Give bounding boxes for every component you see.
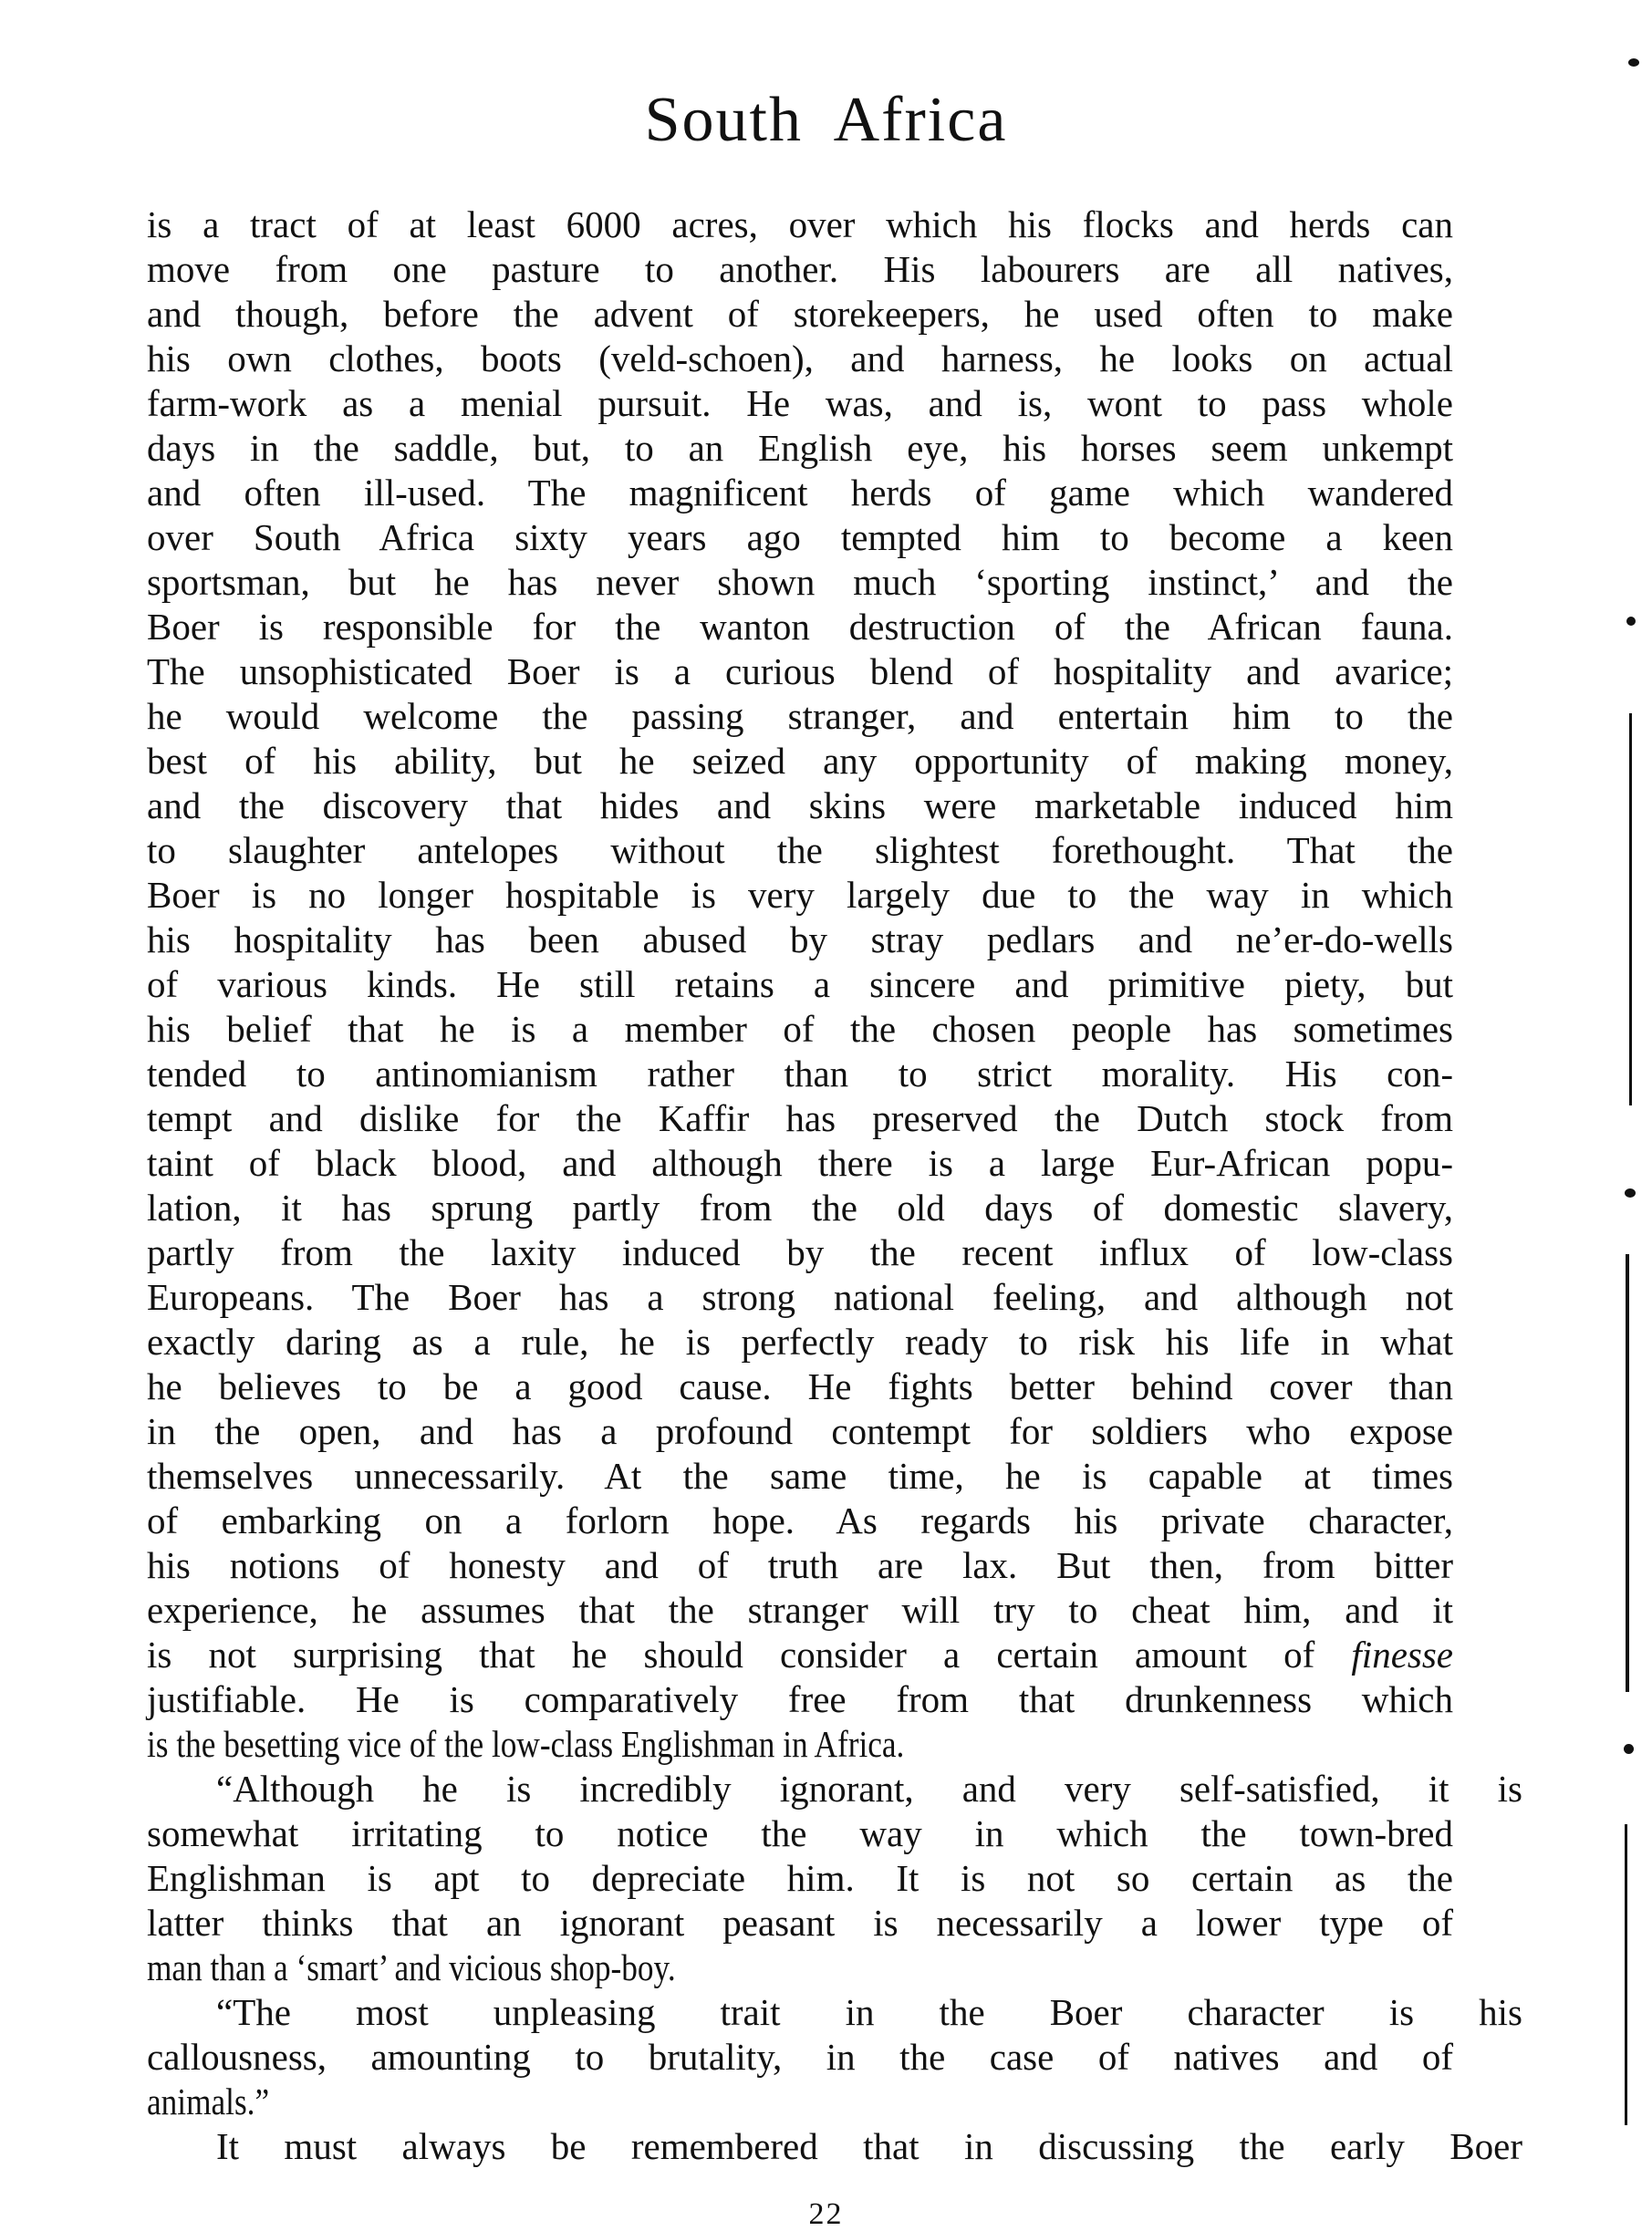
text-line-content: justifiable. He is comparatively free fr…	[147, 1678, 1453, 1720]
text-line: he believes to be a good cause. He fight…	[147, 1365, 1453, 1409]
text-line-content: his belief that he is a member of the ch…	[147, 1008, 1453, 1050]
text-line-content: is a tract of at least 6000 acres, over …	[147, 203, 1453, 245]
text-line-content: is the besetting vice of the low-class E…	[147, 1723, 904, 1765]
text-line-content: lation, it has sprung partly from the ol…	[147, 1187, 1453, 1229]
text-line: animals.”	[147, 2080, 1453, 2124]
text-line: latter thinks that an ignorant peasant i…	[147, 1901, 1453, 1946]
text-line: tended to antinomianism rather than to s…	[147, 1052, 1453, 1096]
text-line: in the open, and has a profound contempt…	[147, 1409, 1453, 1454]
text-line-content: animals.”	[147, 2081, 269, 2122]
text-line-content: his notions of honesty and of truth are …	[147, 1544, 1453, 1586]
scan-margin-line	[1629, 713, 1632, 1105]
text-line: he would welcome the passing stranger, a…	[147, 694, 1453, 739]
text-line-content: taint of black blood, and although there…	[147, 1142, 1453, 1184]
scan-speck	[1625, 1188, 1636, 1198]
text-line: and often ill-used. The magnificent herd…	[147, 471, 1453, 515]
running-head: South Africa	[0, 84, 1652, 157]
text-line: themselves unnecessarily. At the same ti…	[147, 1454, 1453, 1499]
text-line: and though, before the advent of storeke…	[147, 292, 1453, 337]
text-line: move from one pasture to another. His la…	[147, 247, 1453, 292]
text-line: sportsman, but he has never shown much ‘…	[147, 560, 1453, 605]
text-line-content: and though, before the advent of storeke…	[147, 293, 1453, 335]
text-line-content: It must always be remembered that in dis…	[216, 2125, 1522, 2167]
text-line: to slaughter antelopes without the sligh…	[147, 828, 1453, 873]
body-text: is a tract of at least 6000 acres, over …	[147, 202, 1453, 2169]
text-line-content: callousness, amounting to brutality, in …	[147, 2036, 1453, 2078]
text-line: of various kinds. He still retains a sin…	[147, 962, 1453, 1007]
text-line: Boer is no longer hospitable is very lar…	[147, 873, 1453, 918]
text-line-content: and the discovery that hides and skins w…	[147, 784, 1453, 826]
text-line: his notions of honesty and of truth are …	[147, 1543, 1453, 1588]
scan-speck	[1628, 58, 1639, 67]
scan-speck	[1626, 617, 1636, 626]
text-line: days in the saddle, but, to an English e…	[147, 426, 1453, 471]
text-line-content: tempt and dislike for the Kaffir has pre…	[147, 1097, 1453, 1139]
scan-speck	[1624, 1744, 1634, 1754]
text-line-content: Boer is responsible for the wanton destr…	[147, 606, 1453, 648]
text-line-content: days in the saddle, but, to an English e…	[147, 427, 1453, 469]
text-line: exactly daring as a rule, he is perfectl…	[147, 1320, 1453, 1365]
text-line-content: somewhat irritating to notice the way in…	[147, 1812, 1453, 1854]
text-line-content: of various kinds. He still retains a sin…	[147, 963, 1453, 1005]
text-line: justifiable. He is comparatively free fr…	[147, 1677, 1453, 1722]
text-line: best of his ability, but he seized any o…	[147, 739, 1453, 783]
text-line-content: latter thinks that an ignorant peasant i…	[147, 1902, 1453, 1944]
scan-margin-line	[1626, 1254, 1629, 1692]
text-line: Europeans. The Boer has a strong nationa…	[147, 1275, 1453, 1320]
text-line: his hospitality has been abused by stray…	[147, 918, 1453, 962]
text-line-content: and often ill-used. The magnificent herd…	[147, 472, 1453, 514]
text-line-content: man than a ‘smart’ and vicious shop-boy.	[147, 1946, 676, 1988]
text-line-content: best of his ability, but he seized any o…	[147, 740, 1453, 782]
text-line-content: over South Africa sixty years ago tempte…	[147, 516, 1453, 558]
text-line: lation, it has sprung partly from the ol…	[147, 1186, 1453, 1230]
text-line: and the discovery that hides and skins w…	[147, 783, 1453, 828]
text-line: experience, he assumes that the stranger…	[147, 1588, 1453, 1633]
text-line-content: he believes to be a good cause. He fight…	[147, 1365, 1453, 1407]
italic-word: finesse	[1351, 1634, 1453, 1676]
scan-margin-line	[1625, 1824, 1627, 2125]
text-line-content: his hospitality has been abused by stray…	[147, 918, 1453, 960]
text-line: is the besetting vice of the low-class E…	[147, 1722, 1453, 1767]
text-line-content: Europeans. The Boer has a strong nationa…	[147, 1276, 1453, 1318]
text-line: partly from the laxity induced by the re…	[147, 1230, 1453, 1275]
text-line: It must always be remembered that in dis…	[147, 2124, 1522, 2169]
text-line: tempt and dislike for the Kaffir has pre…	[147, 1096, 1453, 1141]
text-line: Englishman is apt to depreciate him. It …	[147, 1856, 1453, 1901]
text-line-content: farm-work as a menial pursuit. He was, a…	[147, 382, 1453, 424]
text-line: farm-work as a menial pursuit. He was, a…	[147, 381, 1453, 426]
text-line-content: partly from the laxity induced by the re…	[147, 1231, 1453, 1273]
text-line-content: he would welcome the passing stranger, a…	[147, 695, 1453, 737]
text-line-content: to slaughter antelopes without the sligh…	[147, 829, 1453, 871]
text-line-content: Englishman is apt to depreciate him. It …	[147, 1857, 1453, 1899]
text-line-content: sportsman, but he has never shown much ‘…	[147, 561, 1453, 603]
text-line-content: “Although he is incredibly ignorant, and…	[216, 1768, 1522, 1810]
text-line: taint of black blood, and although there…	[147, 1141, 1453, 1186]
text-line: is a tract of at least 6000 acres, over …	[147, 202, 1453, 247]
page-number: 22	[0, 2196, 1652, 2231]
text-line: is not surprising that he should conside…	[147, 1633, 1453, 1677]
text-line-content: move from one pasture to another. His la…	[147, 248, 1453, 290]
text-line: Boer is responsible for the wanton destr…	[147, 605, 1453, 649]
text-line-content: Boer is no longer hospitable is very lar…	[147, 874, 1453, 916]
text-line: of embarking on a forlorn hope. As regar…	[147, 1499, 1453, 1543]
text-line: “Although he is incredibly ignorant, and…	[147, 1767, 1522, 1811]
text-line: The unsophisticated Boer is a curious bl…	[147, 649, 1453, 694]
text-line: over South Africa sixty years ago tempte…	[147, 515, 1453, 560]
text-line-content: of embarking on a forlorn hope. As regar…	[147, 1499, 1453, 1541]
text-line-content: in the open, and has a profound contempt…	[147, 1410, 1453, 1452]
text-line-content: tended to antinomianism rather than to s…	[147, 1053, 1453, 1095]
text-line: “The most unpleasing trait in the Boer c…	[147, 1990, 1522, 2035]
text-line: man than a ‘smart’ and vicious shop-boy.	[147, 1946, 1453, 1990]
text-line-content: exactly daring as a rule, he is perfectl…	[147, 1321, 1453, 1363]
text-line: somewhat irritating to notice the way in…	[147, 1811, 1453, 1856]
text-line: callousness, amounting to brutality, in …	[147, 2035, 1453, 2080]
text-line-content: themselves unnecessarily. At the same ti…	[147, 1455, 1453, 1497]
text-line-content: is not surprising that he should conside…	[147, 1634, 1314, 1676]
text-line-content: experience, he assumes that the stranger…	[147, 1589, 1453, 1631]
text-line-content: “The most unpleasing trait in the Boer c…	[216, 1991, 1522, 2033]
text-line-content: The unsophisticated Boer is a curious bl…	[147, 650, 1453, 692]
text-line: his belief that he is a member of the ch…	[147, 1007, 1453, 1052]
book-page: South Africa is a tract of at least 6000…	[0, 0, 1652, 2231]
text-line: his own clothes, boots (veld-schoen), an…	[147, 337, 1453, 381]
text-line-content: his own clothes, boots (veld-schoen), an…	[147, 337, 1453, 379]
